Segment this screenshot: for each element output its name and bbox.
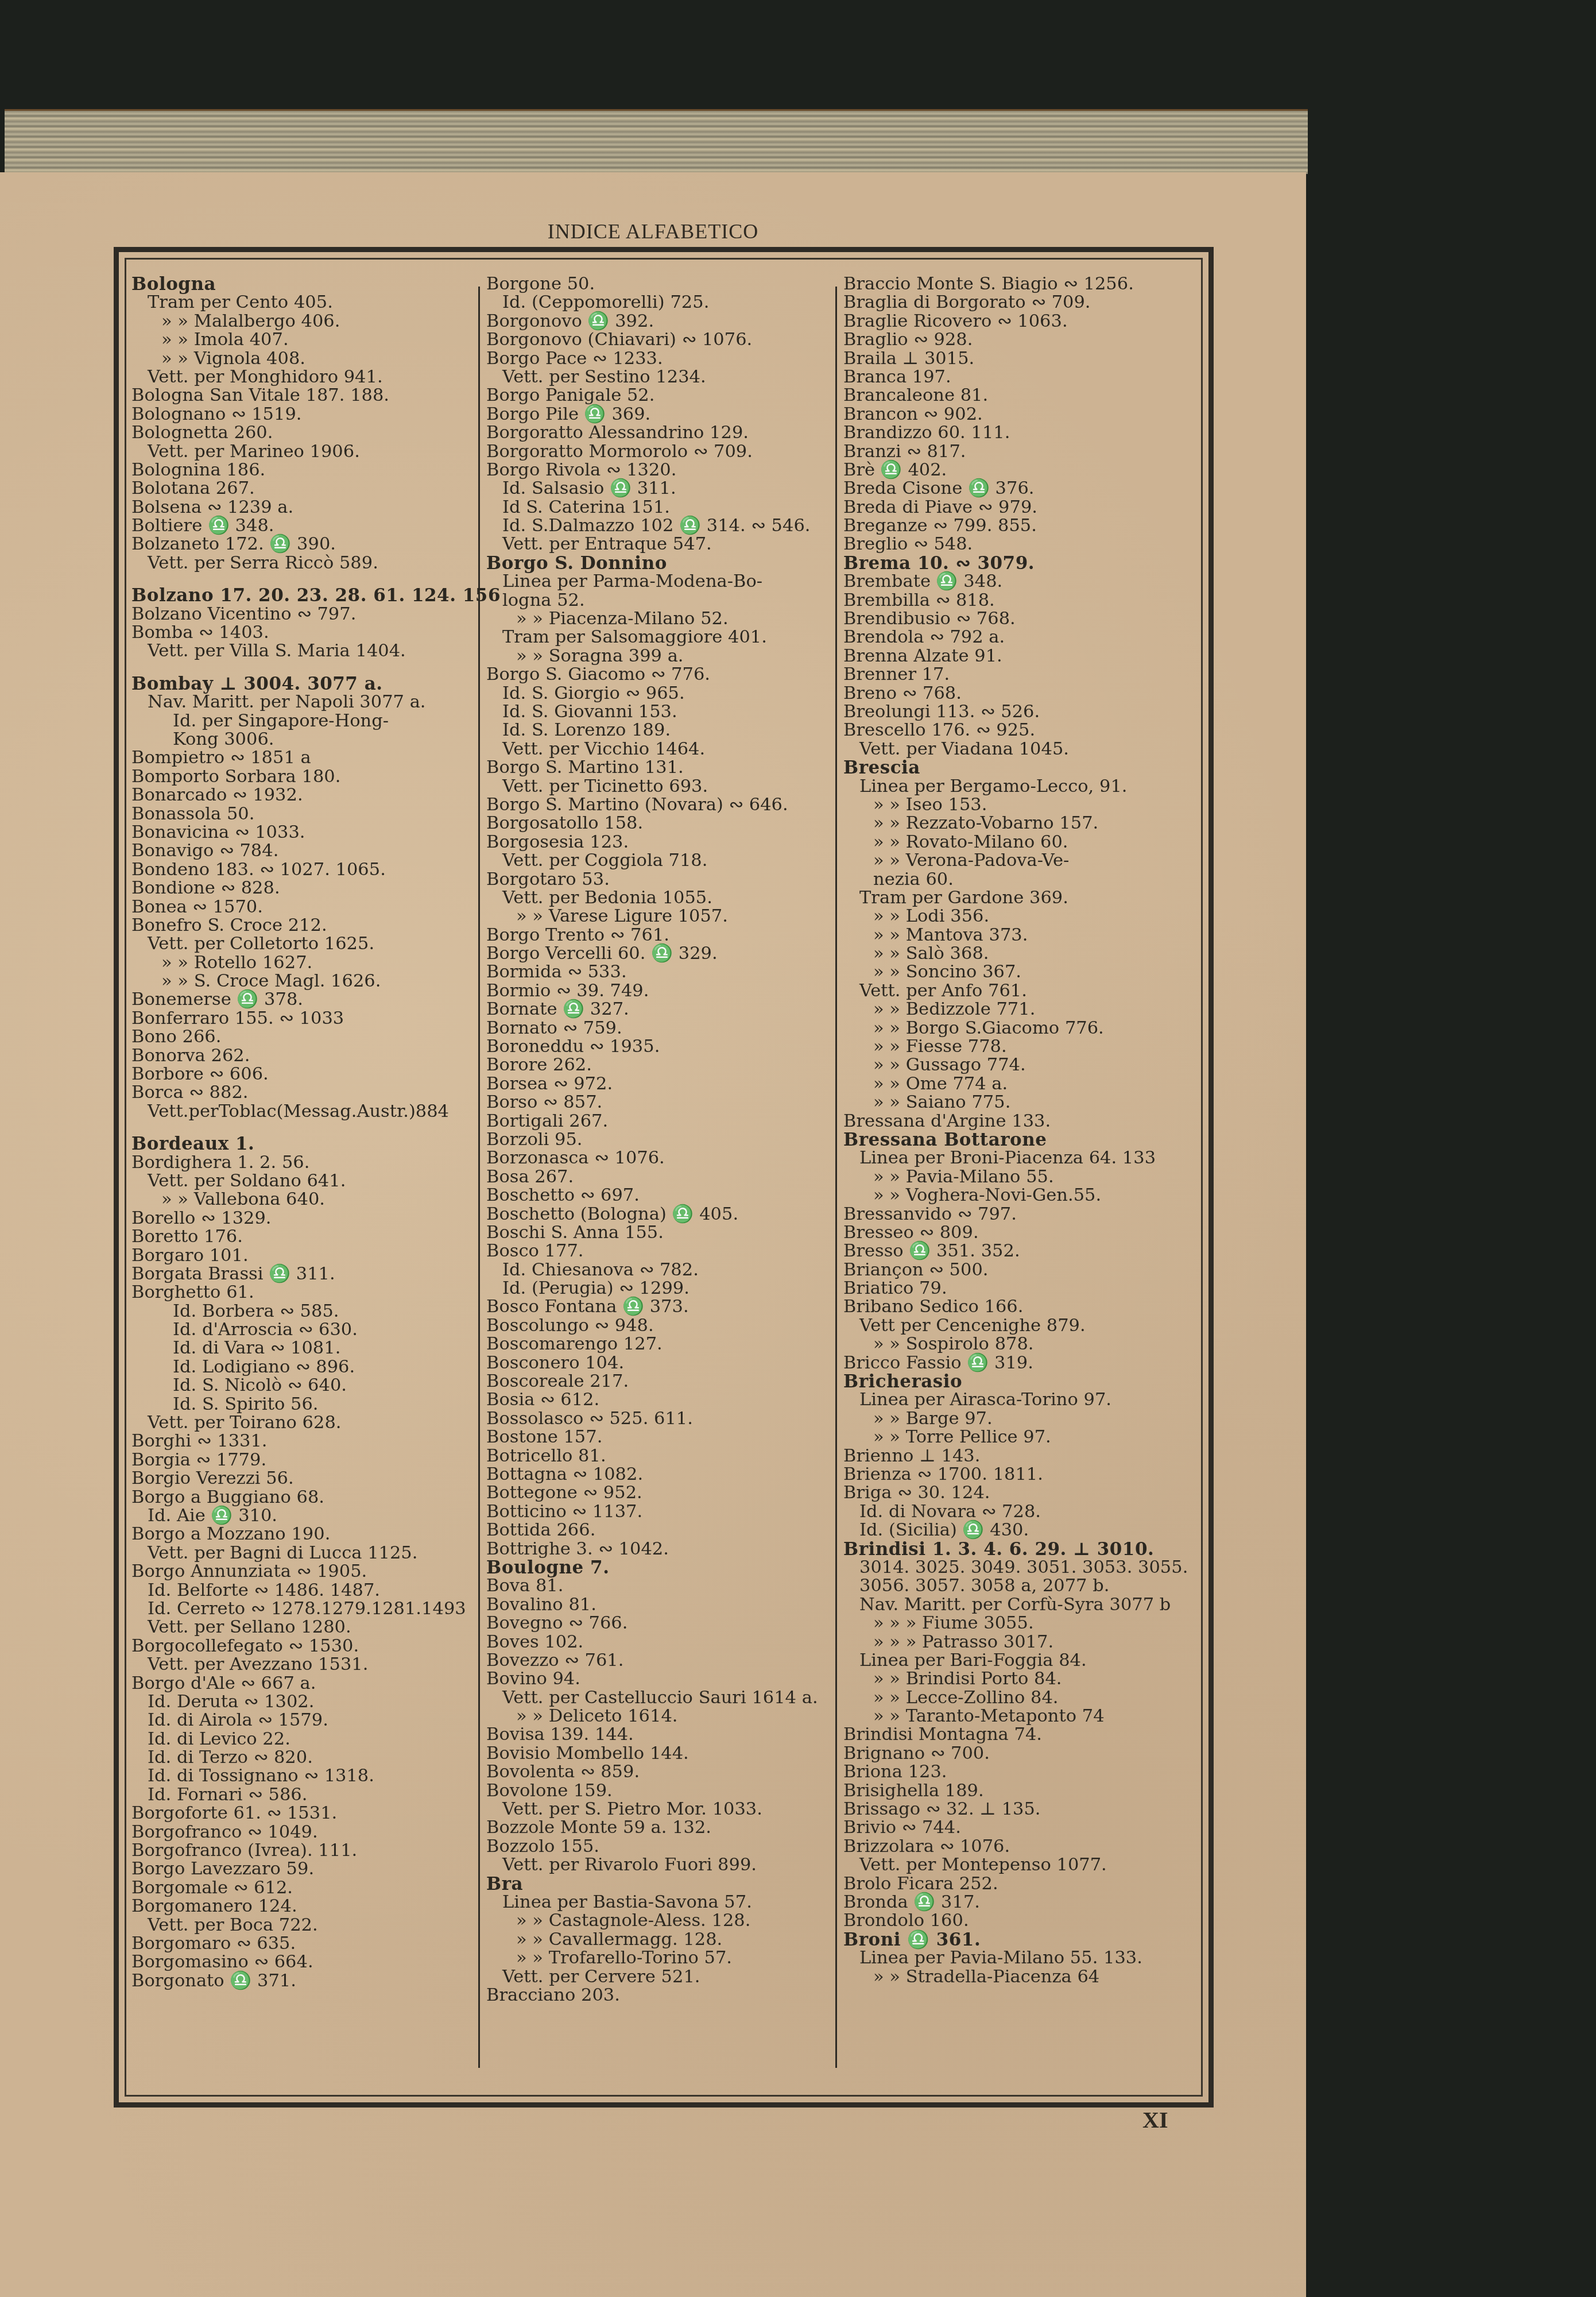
index-entry: » » Lodi 356. — [843, 907, 1188, 926]
index-entry: Bozzolo 155. — [486, 1838, 831, 1856]
index-entry: Vett. per Montepenso 1077. — [843, 1856, 1188, 1874]
index-entry: » » Trofarello-Torino 57. — [486, 1949, 831, 1967]
index-heading: Bolzano 17. 20. 23. 28. 61. 124. 156 — [131, 586, 476, 605]
index-heading: Brema 10. ∾ 3079. — [843, 554, 1188, 573]
index-entry: Bordighera 1. 2. 56. — [131, 1154, 476, 1172]
page-title: INDICE ALFABETICO — [0, 219, 1306, 243]
index-heading: Bordeaux 1. — [131, 1135, 476, 1153]
index-entry: Borsea ∾ 972. — [486, 1075, 831, 1093]
index-entry: Vett. per Cervere 521. — [486, 1968, 831, 1986]
index-entry: Botticino ∾ 1137. — [486, 1503, 831, 1521]
index-entry: Bortigali 267. — [486, 1112, 831, 1131]
index-entry: Vett. per Serra Riccò 589. — [131, 554, 476, 573]
index-entry: Boltiere ♎ 348. — [131, 517, 476, 535]
index-entry: Brondolo 160. — [843, 1912, 1188, 1930]
index-entry: Borzonasca ∾ 1076. — [486, 1149, 831, 1167]
index-entry: Id. Borbera ∾ 585. — [131, 1302, 476, 1321]
index-entry: Borgosesia 123. — [486, 833, 831, 852]
index-entry: Breolungi 113. ∾ 526. — [843, 703, 1188, 721]
index-heading: Broni ♎ 361. — [843, 1931, 1188, 1949]
index-entry: Vett. per Entraque 547. — [486, 535, 831, 554]
index-entry: » » Bedizzole 771. — [843, 1000, 1188, 1019]
index-entry: Vett. per Castelluccio Sauri 1614 a. — [486, 1689, 831, 1707]
index-entry: Id. S. Giorgio ∾ 965. — [486, 685, 831, 703]
index-entry: Bonefro S. Croce 212. — [131, 917, 476, 935]
index-entry: Bresso ♎ 351. 352. — [843, 1242, 1188, 1260]
index-entry: Briga ∾ 30. 124. — [843, 1484, 1188, 1502]
index-entry: Borello ∾ 1329. — [131, 1209, 476, 1228]
index-entry: Id S. Caterina 151. — [486, 498, 831, 517]
index-entry: Tram per Salsomaggiore 401. — [486, 628, 831, 647]
index-heading: Bricherasio — [843, 1372, 1188, 1391]
index-entry: Borgotaro 53. — [486, 871, 831, 889]
index-entry: Bornato ∾ 759. — [486, 1019, 831, 1038]
index-entry: » » Rovato-Milano 60. — [843, 833, 1188, 852]
index-entry: Bovisa 139. 144. — [486, 1726, 831, 1744]
index-entry: » » » Patrasso 3017. — [843, 1633, 1188, 1652]
index-entry: » » Rotello 1627. — [131, 954, 476, 972]
index-entry: Brancon ∾ 902. — [843, 405, 1188, 424]
index-entry: Boves 102. — [486, 1633, 831, 1652]
index-entry: Bolzaneto 172. ♎ 390. — [131, 535, 476, 554]
index-entry: Borgo Pile ♎ 369. — [486, 405, 831, 424]
index-entry: Borgonovo ♎ 392. — [486, 312, 831, 331]
index-entry: Bosco 177. — [486, 1242, 831, 1260]
index-entry: Bonavicina ∾ 1033. — [131, 823, 476, 842]
index-entry: Bologna San Vitale 187. 188. — [131, 386, 476, 405]
index-entry: Id. Chiesanova ∾ 782. — [486, 1261, 831, 1279]
index-entry: Borgoratto Alessandrino 129. — [486, 424, 831, 442]
index-entry: Brè ♎ 402. — [843, 461, 1188, 479]
index-entry: Bracciano 203. — [486, 1986, 831, 2005]
index-entry: Brembilla ∾ 818. — [843, 591, 1188, 610]
index-entry: Borgo S. Giacomo ∾ 776. — [486, 666, 831, 684]
index-entry: Bribano Sedico 166. — [843, 1298, 1188, 1316]
index-entry: » » Lecce-Zollino 84. — [843, 1689, 1188, 1707]
index-entry: Linea per Parma-Modena-Bo- — [486, 573, 831, 591]
index-entry: Vett. per Viadana 1045. — [843, 740, 1188, 759]
index-entry: Bonassola 50. — [131, 805, 476, 823]
index-entry: » » Rezzato-Vobarno 157. — [843, 814, 1188, 833]
index-entry: Bornate ♎ 327. — [486, 1000, 831, 1019]
index-heading: Boulogne 7. — [486, 1559, 831, 1577]
index-entry: Borgo Rivola ∾ 1320. — [486, 461, 831, 479]
index-entry: Id. Belforte ∾ 1486. 1487. — [131, 1581, 476, 1600]
index-entry: Id. S. Nicolò ∾ 640. — [131, 1376, 476, 1395]
index-heading: Borgo S. Donnino — [486, 554, 831, 573]
index-entry: Id. Lodigiano ∾ 896. — [131, 1358, 476, 1376]
index-entry: Borbore ∾ 606. — [131, 1065, 476, 1084]
index-entry: Brescello 176. ∾ 925. — [843, 721, 1188, 740]
index-entry: Bova 81. — [486, 1577, 831, 1595]
index-entry: Vett. per Ticinetto 693. — [486, 778, 831, 796]
index-entry: Linea per Bari-Foggia 84. — [843, 1652, 1188, 1670]
index-entry: Borgo Trento ∾ 761. — [486, 926, 831, 945]
index-entry: Bovezzo ∾ 761. — [486, 1652, 831, 1670]
index-entry: Brissago ∾ 32. ⊥ 135. — [843, 1800, 1188, 1819]
index-entry: Id. d'Arroscia ∾ 630. — [131, 1321, 476, 1339]
index-entry: Borgomale ∾ 612. — [131, 1879, 476, 1897]
index-entry: » » Borgo S.Giacomo 776. — [843, 1019, 1188, 1038]
index-entry: » » » Fiume 3055. — [843, 1614, 1188, 1633]
index-entry: Id. per Singapore-Hong- — [131, 712, 476, 730]
index-entry: Bonarcado ∾ 1932. — [131, 786, 476, 805]
index-entry: Brienza ∾ 1700. 1811. — [843, 1465, 1188, 1484]
index-entry: Bressana d'Argine 133. — [843, 1112, 1188, 1131]
index-entry: Brancaleone 81. — [843, 386, 1188, 405]
index-entry: Breda Cisone ♎ 376. — [843, 479, 1188, 498]
index-entry: Borgaro 101. — [131, 1247, 476, 1265]
index-entry: » » Soragna 399 a. — [486, 647, 831, 666]
index-entry: Id. (Ceppomorelli) 725. — [486, 293, 831, 312]
index-entry: Vett. per Bagni di Lucca 1125. — [131, 1544, 476, 1563]
index-heading: Brindisi 1. 3. 4. 6. 29. ⊥ 3010. — [843, 1540, 1188, 1559]
index-entry: Vett. per Rivarolo Fuori 899. — [486, 1856, 831, 1874]
index-heading: Bologna — [131, 275, 476, 293]
index-entry: Bovolone 159. — [486, 1782, 831, 1800]
index-entry: Botricello 81. — [486, 1447, 831, 1465]
index-entry: Bono 266. — [131, 1028, 476, 1046]
index-entry: Vett per Cencenighe 879. — [843, 1317, 1188, 1335]
index-entry: Id. S. Giovanni 153. — [486, 703, 831, 721]
index-entry: Briançon ∾ 500. — [843, 1261, 1188, 1279]
index-entry: Borca ∾ 882. — [131, 1084, 476, 1102]
index-entry: Linea per Bergamo-Lecco, 91. — [843, 778, 1188, 796]
index-entry: Borgonato ♎ 371. — [131, 1972, 476, 1990]
index-entry: Breno ∾ 768. — [843, 685, 1188, 703]
index-entry: Id. Fornari ∾ 586. — [131, 1786, 476, 1804]
index-entry: Borso ∾ 857. — [486, 1093, 831, 1112]
index-column-2: Borgone 50.Id. (Ceppomorelli) 725.Borgon… — [486, 275, 831, 2005]
index-entry: Brivio ∾ 744. — [843, 1819, 1188, 1837]
index-entry: » » Vignola 408. — [131, 350, 476, 368]
index-entry: Nav. Maritt. per Corfù-Syra 3077 b — [843, 1596, 1188, 1614]
index-entry: Borgomaro ∾ 635. — [131, 1935, 476, 1953]
index-entry: Vett. per Vicchio 1464. — [486, 740, 831, 759]
index-entry: Borzoli 95. — [486, 1131, 831, 1149]
index-entry: Bondeno 183. ∾ 1027. 1065. — [131, 861, 476, 879]
index-entry: Vett. per Villa S. Maria 1404. — [131, 642, 476, 660]
index-entry: Id. di Tossignano ∾ 1318. — [131, 1767, 476, 1785]
index-entry: Bronda ♎ 317. — [843, 1893, 1188, 1912]
index-entry: Borgata Brassi ♎ 311. — [131, 1265, 476, 1283]
index-heading: Brescia — [843, 759, 1188, 777]
index-entry: Bonemerse ♎ 378. — [131, 991, 476, 1009]
index-entry: » » Salò 368. — [843, 945, 1188, 963]
index-entry: » » Soncino 367. — [843, 963, 1188, 981]
index-frame: BolognaTram per Cento 405.» » Malalbergo… — [114, 247, 1214, 2107]
index-entry: Borore 262. — [486, 1056, 831, 1074]
index-entry: Borgomanero 124. — [131, 1897, 476, 1916]
index-entry: Braila ⊥ 3015. — [843, 350, 1188, 368]
index-entry: Vett. per Soldano 641. — [131, 1172, 476, 1190]
index-entry: » » Gussago 774. — [843, 1056, 1188, 1074]
index-entry: Bozzole Monte 59 a. 132. — [486, 1819, 831, 1837]
index-entry: Bonorva 262. — [131, 1047, 476, 1065]
index-entry: Linea per Broni-Piacenza 64. 133 — [843, 1149, 1188, 1167]
index-entry: » » Malalbergo 406. — [131, 312, 476, 331]
index-entry: nezia 60. — [843, 871, 1188, 889]
index-entry: Brizzolara ∾ 1076. — [843, 1838, 1188, 1856]
index-entry: Id. S. Spirito 56. — [131, 1395, 476, 1414]
spacer — [131, 1121, 476, 1135]
index-entry: Boschetto (Bologna) ♎ 405. — [486, 1205, 831, 1224]
index-entry: Bolsena ∾ 1239 a. — [131, 498, 476, 517]
index-entry: Id. Salsasio ♎ 311. — [486, 479, 831, 498]
index-entry: Linea per Pavia-Milano 55. 133. — [843, 1949, 1188, 1967]
index-entry: Bormida ∾ 533. — [486, 963, 831, 981]
index-entry: Bonavigo ∾ 784. — [131, 842, 476, 860]
index-entry: Boschi S. Anna 155. — [486, 1224, 831, 1242]
index-entry: Bottegone ∾ 952. — [486, 1484, 831, 1502]
index-entry: Id. Cerreto ∾ 1278.1279.1281.1493 — [131, 1600, 476, 1618]
index-entry: Bolognina 186. — [131, 461, 476, 479]
index-entry: Borgio Verezzi 56. — [131, 1470, 476, 1488]
index-entry: Id. di Vara ∾ 1081. — [131, 1339, 476, 1358]
index-entry: » » Taranto-Metaponto 74 — [843, 1707, 1188, 1726]
index-entry: Borgoforte 61. ∾ 1531. — [131, 1804, 476, 1823]
index-entry: Kong 3006. — [131, 730, 476, 749]
index-entry: Bostone 157. — [486, 1428, 831, 1447]
index-entry: Borgo d'Ale ∾ 667 a. — [131, 1675, 476, 1693]
index-entry: » » Fiesse 778. — [843, 1038, 1188, 1056]
index-entry: Vett. per Avezzano 1531. — [131, 1656, 476, 1674]
spacer — [131, 573, 476, 586]
index-entry: Bonferraro 155. ∾ 1033 — [131, 1010, 476, 1028]
index-entry: » » Voghera-Novi-Gen.55. — [843, 1186, 1188, 1205]
index-entry: Tram per Gardone 369. — [843, 889, 1188, 907]
index-entry: Bresseo ∾ 809. — [843, 1224, 1188, 1242]
index-entry: Brolo Ficara 252. — [843, 1875, 1188, 1893]
index-entry: Bovino 94. — [486, 1670, 831, 1688]
index-entry: Vett. per Bedonia 1055. — [486, 889, 831, 907]
index-entry: Vett. per Marineo 1906. — [131, 443, 476, 461]
index-entry: Vett. per Anfo 761. — [843, 982, 1188, 1000]
index-heading: Bressana Bottarone — [843, 1131, 1188, 1149]
index-entry: Brisighella 189. — [843, 1782, 1188, 1800]
index-entry: Vett. per Toirano 628. — [131, 1414, 476, 1432]
index-entry: » » Imola 407. — [131, 331, 476, 349]
index-entry: Brenner 17. — [843, 666, 1188, 684]
index-entry: Id. di Airola ∾ 1579. — [131, 1711, 476, 1730]
index-entry: Vett. per Coggiola 718. — [486, 852, 831, 870]
index-entry: Bomporto Sorbara 180. — [131, 768, 476, 786]
index-entry: Borgosatollo 158. — [486, 814, 831, 833]
index-entry: » » Cavallermagg. 128. — [486, 1931, 831, 1949]
index-entry: Branzi ∾ 817. — [843, 443, 1188, 461]
index-column-3: Braccio Monte S. Biagio ∾ 1256.Braglia d… — [843, 275, 1188, 1986]
index-entry: Bosa 267. — [486, 1168, 831, 1186]
index-entry: Id. Deruta ∾ 1302. — [131, 1693, 476, 1711]
index-entry: Bormio ∾ 39. 749. — [486, 982, 831, 1000]
index-entry: » » Verona-Padova-Ve- — [843, 852, 1188, 870]
index-entry: Braglie Ricovero ∾ 1063. — [843, 312, 1188, 331]
index-entry: Borgo a Buggiano 68. — [131, 1488, 476, 1507]
index-entry: Bressanvido ∾ 797. — [843, 1205, 1188, 1224]
index-heading: Bombay ⊥ 3004. 3077 a. — [131, 675, 476, 693]
index-entry: » » Brindisi Porto 84. — [843, 1670, 1188, 1688]
index-entry: Borgone 50. — [486, 275, 831, 293]
index-entry: Bottrighe 3. ∾ 1042. — [486, 1540, 831, 1559]
index-entry: Branca 197. — [843, 368, 1188, 386]
index-entry: Boschetto ∾ 697. — [486, 1186, 831, 1205]
index-entry: Bonea ∾ 1570. — [131, 898, 476, 917]
index-entry: 3056. 3057. 3058 a, 2077 b. — [843, 1577, 1188, 1595]
index-entry: Borgo Lavezzaro 59. — [131, 1860, 476, 1878]
index-entry: » » Mantova 373. — [843, 926, 1188, 945]
index-entry: Breda di Piave ∾ 979. — [843, 498, 1188, 517]
index-entry: Borgo Annunziata ∾ 1905. — [131, 1563, 476, 1581]
index-entry: Borgia ∾ 1779. — [131, 1451, 476, 1470]
index-entry: » » Vallebona 640. — [131, 1190, 476, 1209]
page-number: XI — [1142, 2106, 1168, 2133]
index-entry: Vett. per Monghidoro 941. — [131, 368, 476, 386]
index-entry: Vett. per Sestino 1234. — [486, 368, 831, 386]
index-entry: Brendola ∾ 792 a. — [843, 628, 1188, 647]
index-entry: Bovolenta ∾ 859. — [486, 1763, 831, 1781]
index-entry: Bottagna ∾ 1082. — [486, 1465, 831, 1484]
index-entry: Brienno ⊥ 143. — [843, 1447, 1188, 1465]
index-entry: Briona 123. — [843, 1763, 1188, 1781]
index-entry: Brignano ∾ 700. — [843, 1745, 1188, 1763]
index-entry: Brembate ♎ 348. — [843, 573, 1188, 591]
index-entry: Bolognano ∾ 1519. — [131, 405, 476, 424]
index-entry: Borgo a Mozzano 190. — [131, 1525, 476, 1544]
index-entry: Briatico 79. — [843, 1279, 1188, 1298]
index-entry: Vett. per Sellano 1280. — [131, 1618, 476, 1637]
index-entry: Borgo Panigale 52. — [486, 386, 831, 405]
index-entry: Id. di Levico 22. — [131, 1730, 476, 1749]
column-divider — [835, 287, 837, 2068]
index-entry: Brendibusio ∾ 768. — [843, 610, 1188, 628]
index-entry: Borgofranco ∾ 1049. — [131, 1823, 476, 1842]
index-entry: Vett. per Colletorto 1625. — [131, 935, 476, 953]
index-entry: Borghi ∾ 1331. — [131, 1432, 476, 1451]
index-entry: Borgo Pace ∾ 1233. — [486, 350, 831, 368]
index-entry: Id. di Novara ∾ 728. — [843, 1503, 1188, 1521]
index-column-1: BolognaTram per Cento 405.» » Malalbergo… — [131, 275, 476, 1990]
index-entry: logna 52. — [486, 591, 831, 610]
index-entry: » » Iseo 153. — [843, 796, 1188, 814]
index-entry: Braccio Monte S. Biagio ∾ 1256. — [843, 275, 1188, 293]
index-entry: Id. (Perugia) ∾ 1299. — [486, 1279, 831, 1298]
index-entry: Braglia di Borgorato ∾ 709. — [843, 293, 1188, 312]
index-entry: Boscolungo ∾ 948. — [486, 1317, 831, 1335]
index-entry: » » Varese Ligure 1057. — [486, 907, 831, 926]
index-entry: Bondione ∾ 828. — [131, 879, 476, 898]
index-entry: » » Piacenza-Milano 52. — [486, 610, 831, 628]
index-entry: Bovalino 81. — [486, 1596, 831, 1614]
index-entry: 3014. 3025. 3049. 3051. 3053. 3055. — [843, 1559, 1188, 1577]
index-entry: Boretto 176. — [131, 1228, 476, 1246]
index-entry: Tram per Cento 405. — [131, 293, 476, 312]
index-entry: Borgo Vercelli 60. ♎ 329. — [486, 945, 831, 963]
index-entry: Borgonovo (Chiavari) ∾ 1076. — [486, 331, 831, 349]
index-heading: Bra — [486, 1875, 831, 1893]
index-entry: Bossolasco ∾ 525. 611. — [486, 1410, 831, 1428]
index-entry: Bosia ∾ 612. — [486, 1391, 831, 1409]
index-entry: Id. S. Lorenzo 189. — [486, 721, 831, 740]
index-entry: Brindisi Montagna 74. — [843, 1726, 1188, 1744]
index-entry: Id. Aie ♎ 310. — [131, 1507, 476, 1525]
index-entry: Linea per Bastia-Savona 57. — [486, 1893, 831, 1912]
index-entry: » » Castagnole-Aless. 128. — [486, 1912, 831, 1930]
index-entry: Boroneddu ∾ 1935. — [486, 1038, 831, 1056]
index-entry: Borghetto 61. — [131, 1283, 476, 1302]
index-entry: Boscoreale 217. — [486, 1372, 831, 1391]
index-entry: Bosco Fontana ♎ 373. — [486, 1298, 831, 1316]
index-entry: Borgo S. Martino 131. — [486, 759, 831, 777]
index-entry: Id. di Terzo ∾ 820. — [131, 1749, 476, 1767]
index-entry: Bolotana 267. — [131, 479, 476, 498]
index-entry: Borgocollefegato ∾ 1530. — [131, 1637, 476, 1656]
index-entry: » » Barge 97. — [843, 1410, 1188, 1428]
index-entry: » » Sospirolo 878. — [843, 1335, 1188, 1354]
index-entry: Breganze ∾ 799. 855. — [843, 517, 1188, 535]
index-entry: Bompietro ∾ 1851 a — [131, 749, 476, 767]
index-entry: » » Torre Pellice 97. — [843, 1428, 1188, 1447]
index-entry: Vett.perToblac(Messag.Austr.)884 — [131, 1103, 476, 1121]
index-entry: Breglio ∾ 548. — [843, 535, 1188, 554]
index-entry: Vett. per S. Pietro Mor. 1033. — [486, 1800, 831, 1819]
index-entry: Linea per Airasca-Torino 97. — [843, 1391, 1188, 1409]
index-entry: Bolognetta 260. — [131, 424, 476, 442]
index-entry: Bomba ∾ 1403. — [131, 624, 476, 642]
index-entry: Borgoratto Mormorolo ∾ 709. — [486, 443, 831, 461]
index-entry: Bottida 266. — [486, 1521, 831, 1540]
index-entry: Bovegno ∾ 766. — [486, 1614, 831, 1633]
index-entry: » » Ome 774 a. — [843, 1075, 1188, 1093]
index-entry: Brandizzo 60. 111. — [843, 424, 1188, 442]
index-entry: Bolzano Vicentino ∾ 797. — [131, 605, 476, 624]
spacer — [131, 661, 476, 675]
index-entry: Id. (Sicilia) ♎ 430. — [843, 1521, 1188, 1540]
index-entry: » » S. Croce Magl. 1626. — [131, 972, 476, 991]
index-entry: » » Deliceto 1614. — [486, 1707, 831, 1726]
index-entry: Nav. Maritt. per Napoli 3077 a. — [131, 693, 476, 711]
index-entry: Borgofranco (Ivrea). 111. — [131, 1842, 476, 1860]
index-entry: Bovisio Mombello 144. — [486, 1745, 831, 1763]
index-entry: » » Pavia-Milano 55. — [843, 1168, 1188, 1186]
page-stack-edges — [5, 109, 1308, 174]
index-entry: Brenna Alzate 91. — [843, 647, 1188, 666]
index-entry: Id. S.Dalmazzo 102 ♎ 314. ∾ 546. — [486, 517, 831, 535]
index-entry: Bosconero 104. — [486, 1354, 831, 1372]
index-entry: Borgomasino ∾ 664. — [131, 1953, 476, 1971]
index-entry: Braglio ∾ 928. — [843, 331, 1188, 349]
index-entry: » » Stradella-Piacenza 64 — [843, 1968, 1188, 1986]
column-divider — [478, 287, 480, 2068]
index-entry: Bricco Fassio ♎ 319. — [843, 1354, 1188, 1372]
index-entry: » » Saiano 775. — [843, 1093, 1188, 1112]
index-entry: Boscomarengo 127. — [486, 1335, 831, 1354]
index-entry: Borgo S. Martino (Novara) ∾ 646. — [486, 796, 831, 814]
index-entry: Vett. per Boca 722. — [131, 1916, 476, 1935]
